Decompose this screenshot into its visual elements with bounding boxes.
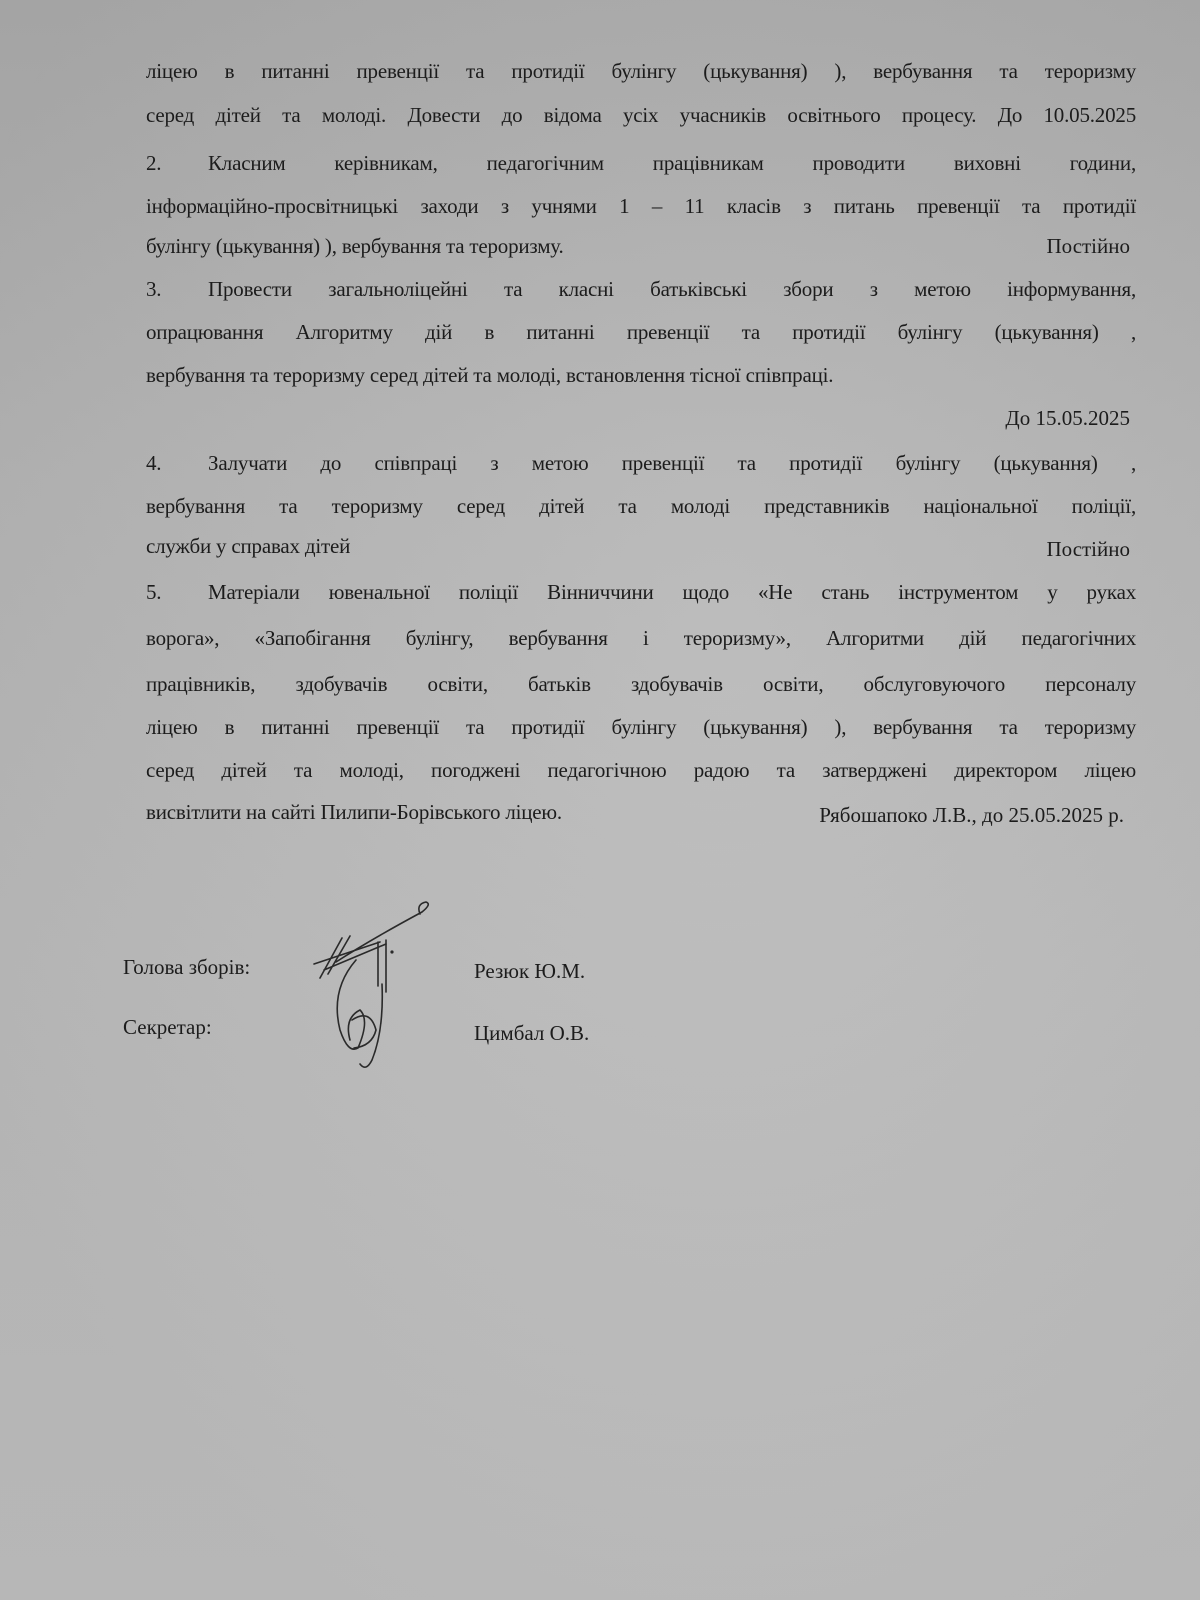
item-4-deadline: Постійно bbox=[1047, 536, 1131, 562]
item-5-line-5: серед дітей та молоді, погоджені педагог… bbox=[146, 757, 1136, 783]
item-5-responsible-deadline: Рябошапоко Л.В., до 25.05.2025 р. bbox=[819, 802, 1124, 828]
item-2-line-1: 2.Класним керівникам, педагогічним праці… bbox=[146, 150, 1136, 176]
item-3-deadline: До 15.05.2025 bbox=[1005, 405, 1130, 431]
item-5-number: 5. bbox=[146, 579, 208, 605]
item-2-line-3: булінгу (цькування) ), вербування та тер… bbox=[146, 233, 1136, 259]
item-4-number: 4. bbox=[146, 450, 208, 476]
chair-label: Голова зборів: bbox=[123, 954, 250, 980]
continuation-line-2: серед дітей та молоді. Довести до відома… bbox=[146, 102, 1136, 128]
secretary-label: Секретар: bbox=[123, 1014, 212, 1040]
document-page: ліцею в питанні превенції та протидії бу… bbox=[0, 0, 1200, 1600]
handwritten-signature-icon bbox=[300, 900, 450, 1090]
item-5-line-3: працівників, здобувачів освіти, батьків … bbox=[146, 671, 1136, 697]
item-3-line-3: вербування та тероризму серед дітей та м… bbox=[146, 362, 1136, 388]
secretary-name: Цимбал О.В. bbox=[474, 1020, 589, 1046]
chair-name: Резюк Ю.М. bbox=[474, 958, 585, 984]
item-4-line-3: служби у справах дітей bbox=[146, 533, 1136, 559]
item-2-number: 2. bbox=[146, 150, 208, 176]
item-3-number: 3. bbox=[146, 276, 208, 302]
item-4-line-1: 4.Залучати до співпраці з метою превенці… bbox=[146, 450, 1136, 476]
item-5-line-2: ворога», «Запобігання булінгу, вербуванн… bbox=[146, 625, 1136, 651]
continuation-line-1: ліцею в питанні превенції та протидії бу… bbox=[146, 58, 1136, 84]
item-4-line-2: вербування та тероризму серед дітей та м… bbox=[146, 493, 1136, 519]
item-2-line-2: інформаційно-просвітницькі заходи з учня… bbox=[146, 193, 1136, 219]
item-2-deadline: Постійно bbox=[1047, 233, 1131, 259]
item-5-line-4: ліцею в питанні превенції та протидії бу… bbox=[146, 714, 1136, 740]
item-5-line-1: 5.Матеріали ювенальної поліції Вінниччин… bbox=[146, 579, 1136, 605]
item-3-line-1: 3.Провести загальноліцейні та класні бат… bbox=[146, 276, 1136, 302]
item-3-line-2: опрацювання Алгоритму дій в питанні прев… bbox=[146, 319, 1136, 345]
